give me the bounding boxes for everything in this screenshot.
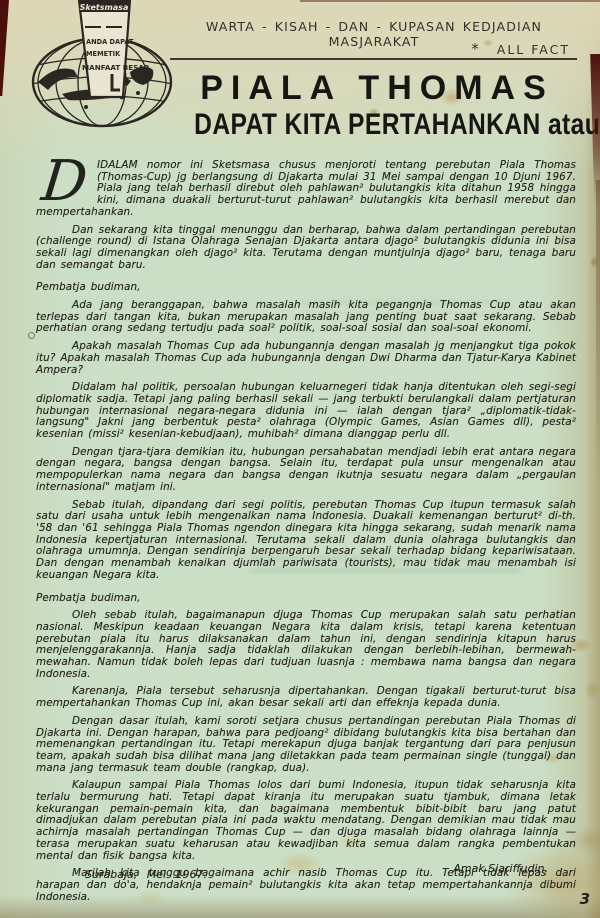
sketsmasa-globe-logo-icon: Sketsmasa ANDA DAPAT MEMETIK MANFAAT BES… — [26, 0, 178, 132]
article-paragraph: Dengan dasar itulah, kami soroti setjara… — [36, 716, 576, 775]
masthead-rule — [170, 58, 577, 60]
dust-mark — [28, 332, 35, 339]
article-paragraph: Dengan tjara-tjara demikian itu, hubunga… — [36, 447, 576, 494]
page-title: PIALA THOMAS — [154, 69, 600, 108]
allfact-label: *ALL FACT — [172, 40, 570, 58]
footer-place-date: Surabaja, Mei 1967. — [85, 868, 207, 881]
page-number: 3 — [580, 890, 590, 908]
logo-roll-line2: MEMETIK — [86, 50, 121, 58]
article-paragraph: Ada jang beranggapan, bahwa masalah masi… — [36, 300, 576, 335]
article-paragraph: Sebab itulah, dipandang dari segi politi… — [36, 500, 576, 582]
article-paragraph: Oleh sebab itulah, bagaimanapun djuga Th… — [36, 610, 576, 680]
salutation: Pembatja budiman, — [36, 593, 576, 605]
salutation: Pembatja budiman, — [36, 282, 576, 294]
photo-edge-top — [300, 0, 600, 2]
allfact-text: ALL FACT — [497, 42, 570, 57]
article-paragraph: Apakah masalah Thomas Cup ada hubungannj… — [36, 341, 576, 376]
article-lead-paragraph: DIDALAM nomor ini Sketsmasa chusus menjo… — [36, 160, 576, 219]
page-subtitle: DAPAT KITA PERTAHANKAN atau LOLOS ? — [194, 108, 560, 142]
asterisk-icon: * — [471, 40, 481, 58]
drop-cap: D — [40, 161, 89, 203]
photo-edge-right-fade — [596, 180, 600, 480]
footer-author: Amak Sjariffudin. — [453, 862, 548, 875]
photo-edge-left — [0, 0, 9, 96]
article-paragraph: Dan sekarang kita tinggal menunggu dan b… — [36, 225, 576, 272]
logo-roll-line3: MANFAAT BESAR — [82, 63, 150, 72]
logo-roll-line1: ANDA DAPAT — [86, 38, 134, 46]
article-paragraph: Didalam hal politik, persoalan hubungan … — [36, 382, 576, 441]
article-paragraph: Kalaupun sampai Piala Thomas lolos dari … — [36, 780, 576, 862]
logo-name-label: Sketsmasa — [80, 3, 129, 12]
magazine-page: Sketsmasa ANDA DAPAT MEMETIK MANFAAT BES… — [0, 0, 600, 918]
lead-text: IDALAM nomor ini Sketsmasa chusus menjor… — [36, 159, 576, 218]
article-paragraph: Karenanja, Piala tersebut seharusnja dip… — [36, 686, 576, 709]
article-body: DIDALAM nomor ini Sketsmasa chusus menjo… — [36, 160, 576, 903]
